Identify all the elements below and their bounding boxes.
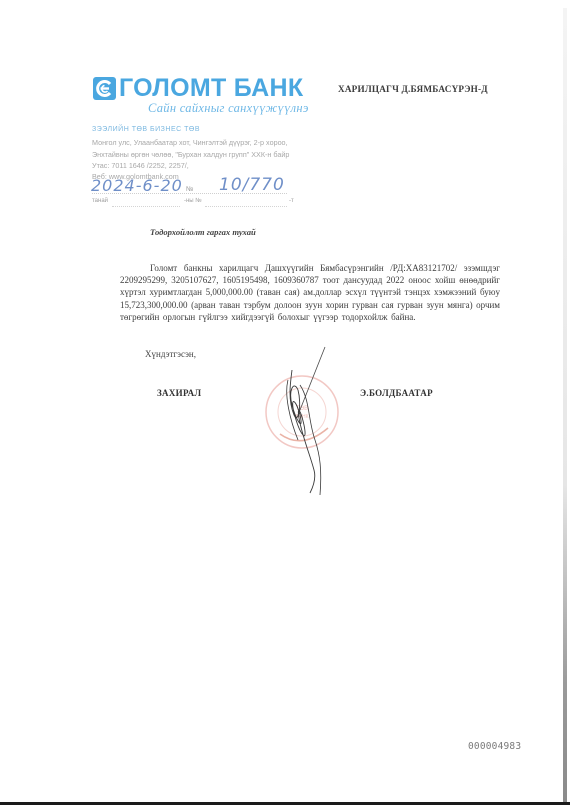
address-line: Энхтайвны өргөн чөлөө, "Бурхан халдун гр…: [92, 150, 289, 159]
date-number-line: [92, 193, 287, 194]
serial-number: 000004983: [468, 741, 521, 752]
addressee: ХАРИЛЦАГЧ Д.БЯМБАСҮРЭН-Д: [338, 84, 488, 94]
signer-name: Э.БОЛДБААТАР: [360, 388, 433, 398]
letter-body: Голомт банкны харилцагч Дашхүүгийн Бямба…: [120, 262, 500, 323]
golomt-logo-icon: [93, 77, 116, 100]
letter-page: ГОЛОМТ БАНК Сайн сайхныг санхүүжүүлнэ ЗЭ…: [0, 0, 570, 805]
bank-slogan: Сайн сайхныг санхүүжүүлнэ: [148, 101, 309, 116]
reply-ref-no-line: [205, 206, 287, 207]
signer-title: ЗАХИРАЛ: [157, 388, 201, 398]
number-label: №: [186, 186, 194, 193]
letter-subject: Тодорхойлолт гаргах тухай: [150, 227, 256, 237]
handwritten-number: 10/770: [219, 175, 285, 195]
reply-ref-line: [112, 206, 180, 207]
phone-line: Утас: 7011 1646 /2252, 2257/,: [92, 161, 189, 170]
reply-ref-no-label: -ны №: [184, 198, 202, 204]
handwritten-signature-icon: [270, 345, 350, 500]
reply-ref-suffix: -т: [289, 198, 294, 204]
page-edge-right: [563, 8, 567, 803]
address-line: Монгол улс, Улаанбаатар хот, Чингэлтэй д…: [92, 138, 288, 147]
reply-ref-label: танай: [92, 198, 108, 204]
greeting: Хүндэтгэсэн,: [145, 349, 196, 359]
bank-logo: ГОЛОМТ БАНК: [93, 77, 303, 100]
bank-name: ГОЛОМТ БАНК: [119, 77, 303, 100]
branch-name: ЗЭЭЛИЙН ТӨВ БИЗНЕС ТӨВ: [92, 126, 200, 133]
